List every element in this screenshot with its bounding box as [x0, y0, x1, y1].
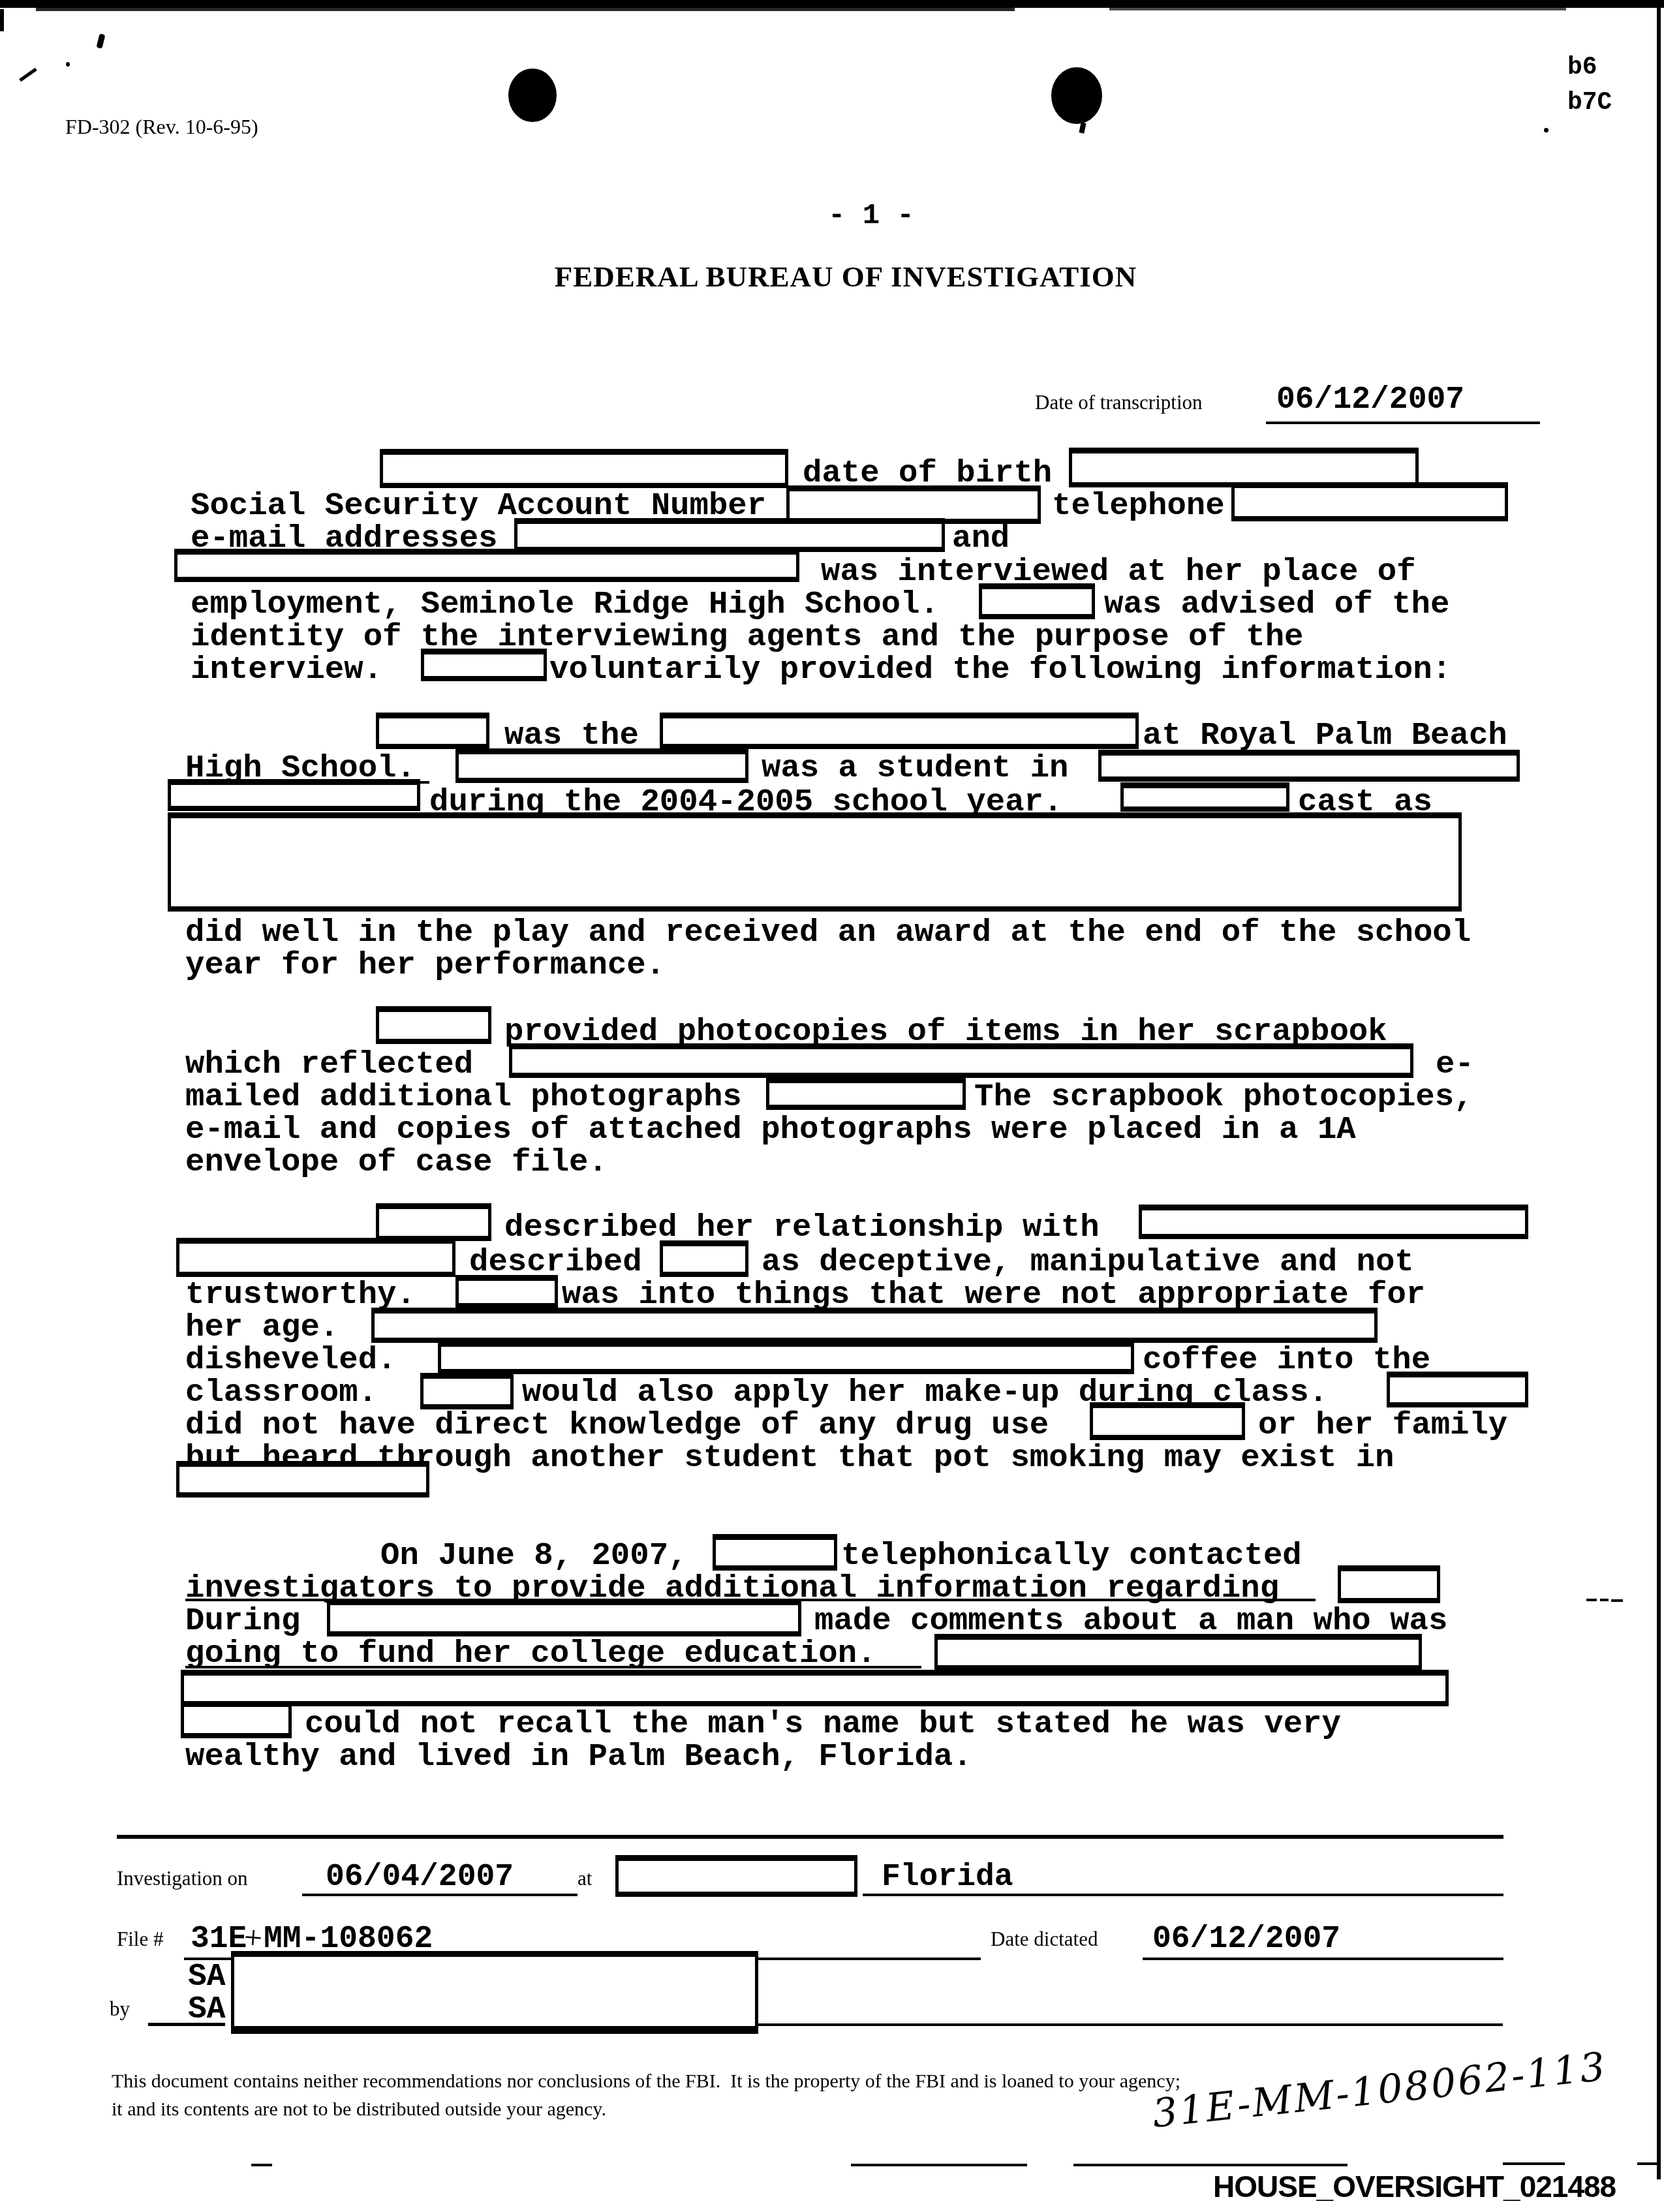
redaction-box	[176, 1238, 455, 1277]
bottom-dash	[1073, 2164, 1348, 2166]
disclaimer-line2: it and its contents are not to be distri…	[112, 2095, 606, 2123]
redaction-box	[168, 779, 420, 811]
date-dictated-value: 06/12/2007	[1152, 1923, 1340, 1956]
body-text: telephonically contacted	[841, 1539, 1302, 1572]
hole-punch-right	[1051, 67, 1102, 124]
margin-dashes	[1611, 1599, 1623, 1602]
stray-mark-apostrophe	[96, 33, 105, 49]
bottom-dash	[1637, 2162, 1658, 2165]
body-text: described her relationship with	[504, 1211, 1100, 1244]
redaction-box	[376, 1203, 491, 1241]
redaction-box	[455, 1275, 558, 1308]
hole-punch-left	[508, 69, 557, 122]
footer-rule	[117, 1835, 1503, 1839]
stray-mark-dot	[66, 62, 70, 67]
body-text: at Royal Palm Beach	[1143, 719, 1507, 752]
redaction-box	[979, 583, 1095, 619]
redaction-box	[168, 812, 1462, 912]
page-number: - 1 -	[828, 200, 914, 232]
body-text: year for her performance.	[185, 949, 665, 981]
body-text: employment, Seminole Ridge High School.	[191, 588, 939, 621]
by-underline-right	[758, 2023, 1503, 2026]
date-dictated-underline	[1143, 1958, 1503, 1960]
body-text: was the	[504, 719, 639, 752]
investigation-on-label: Investigation on	[117, 1867, 248, 1890]
body-text: wealthy and lived in Palm Beach, Florida…	[185, 1740, 972, 1773]
body-text: telephone	[1052, 489, 1225, 522]
redaction-box	[181, 1670, 1449, 1706]
redaction-box	[1069, 448, 1419, 487]
investigation-date: 06/04/2007	[326, 1861, 514, 1894]
handwritten-case-number: 31E-MM-108062-113	[1150, 2044, 1609, 2137]
body-text: made comments about a man who was	[814, 1605, 1447, 1637]
redaction-box	[376, 713, 489, 749]
body-text: or her family	[1258, 1409, 1507, 1441]
body-text: going to fund her college education.	[185, 1637, 876, 1670]
redaction-box	[421, 649, 547, 681]
redaction-box	[1139, 1205, 1528, 1239]
body-text: which reflected	[185, 1048, 473, 1081]
body-text: was into things that were not appropriat…	[562, 1278, 1425, 1311]
body-text: e-	[1436, 1048, 1474, 1081]
redaction-box	[766, 1077, 966, 1110]
redaction-box	[1090, 1402, 1245, 1440]
document-title: FEDERAL BUREAU OF INVESTIGATION	[555, 260, 1137, 294]
investigation-underline-left	[302, 1894, 578, 1896]
body-text: voluntarily provided the following infor…	[549, 653, 1451, 686]
body-text: was a student in	[762, 752, 1068, 784]
transcription-underline	[1266, 422, 1540, 424]
scan-top-edge-fringe2	[1109, 8, 1566, 10]
body-text: her age.	[185, 1311, 339, 1344]
body-text: date of birth	[803, 457, 1052, 489]
body-text: During	[185, 1605, 300, 1637]
body-text: as deceptive, manipulative and not	[762, 1246, 1414, 1278]
scan-artifact-line	[185, 1666, 921, 1668]
date-of-transcription-label: Date of transcription	[1035, 392, 1203, 414]
body-text: The scrapbook photocopies,	[974, 1081, 1473, 1113]
redaction-box	[509, 1043, 1413, 1078]
scan-top-edge	[0, 0, 1664, 8]
redaction-box	[514, 518, 945, 552]
redaction-box	[181, 1701, 292, 1738]
margin-dashes	[1586, 1599, 1597, 1601]
redaction-box	[1387, 1372, 1528, 1407]
scan-artifact-line	[185, 1599, 1316, 1601]
redaction-box	[174, 549, 799, 582]
file-label: File #	[117, 1928, 163, 1950]
body-text: Social Security Account Number	[191, 489, 766, 522]
redaction-box	[615, 1855, 857, 1897]
handling-code-b7c: b7C	[1567, 86, 1612, 120]
stray-mark-period	[1544, 128, 1548, 132]
body-text: could not recall the man's name but stat…	[305, 1708, 1341, 1740]
body-text: mailed additional photographs	[185, 1081, 742, 1113]
redaction-box	[1231, 482, 1508, 521]
redaction-box	[1098, 750, 1520, 782]
corner-mark	[0, 9, 4, 31]
body-text: classroom.	[185, 1376, 377, 1409]
agent-line1: SA	[188, 1961, 226, 1993]
redaction-box	[327, 1599, 801, 1636]
handling-code-b6: b6	[1567, 51, 1597, 85]
body-text: envelope of case file.	[185, 1146, 608, 1178]
scan-top-edge-fringe	[36, 8, 1015, 11]
bottom-dash	[851, 2164, 1027, 2166]
redaction-box	[380, 449, 788, 488]
body-text: On June 8, 2007,	[380, 1539, 687, 1572]
redaction-box	[176, 1461, 429, 1498]
agent-line2: SA	[188, 1993, 226, 2026]
bottom-dash	[251, 2164, 272, 2166]
redaction-box	[660, 713, 1139, 749]
redaction-box	[438, 1341, 1134, 1374]
scan-artifact-line	[185, 781, 429, 784]
body-text: identity of the interviewing agents and …	[191, 621, 1303, 653]
redaction-box	[713, 1534, 837, 1571]
date-dictated-label: Date dictated	[991, 1928, 1098, 1950]
investigation-location: Florida	[882, 1861, 1013, 1894]
bottom-dash	[1503, 2162, 1565, 2165]
at-label: at	[578, 1867, 592, 1890]
document-page: FD-302 (Rev. 10-6-95) b6 b7C - 1 - FEDER…	[0, 0, 1664, 2212]
redaction-box	[1120, 782, 1289, 812]
body-text: did not have direct knowledge of any dru…	[185, 1409, 1049, 1441]
redaction-box-agents	[231, 1951, 758, 2034]
redaction-box	[934, 1634, 1422, 1670]
body-text: was advised of the	[1104, 588, 1449, 621]
redaction-box	[1338, 1565, 1440, 1603]
redaction-box	[455, 748, 748, 783]
redaction-box	[371, 1308, 1378, 1343]
body-text: disheveled.	[185, 1344, 396, 1376]
redaction-box	[660, 1240, 748, 1277]
redaction-box	[376, 1006, 491, 1044]
hole-punch-tail	[1079, 122, 1086, 133]
body-text: interview.	[191, 653, 382, 686]
body-text: was interviewed at her place of	[821, 555, 1416, 588]
bates-stamp: HOUSE_OVERSIGHT_021488	[1213, 2169, 1616, 2204]
form-code: FD-302 (Rev. 10-6-95)	[65, 115, 258, 139]
body-text: trustworthy.	[185, 1278, 416, 1311]
scan-right-edge	[1657, 5, 1661, 2179]
margin-dashes	[1600, 1599, 1609, 1601]
by-label: by	[110, 1998, 130, 2020]
body-text: and	[952, 522, 1009, 555]
date-of-transcription-value: 06/12/2007	[1276, 384, 1464, 416]
body-text: described	[469, 1246, 642, 1278]
body-text: e-mail and copies of attached photograph…	[185, 1113, 1356, 1146]
redaction-box	[420, 1373, 514, 1409]
investigation-underline-right	[863, 1894, 1503, 1896]
by-underline-left	[148, 2023, 225, 2026]
stray-mark-slash	[19, 68, 37, 82]
disclaimer-line1: This document contains neither recommend…	[112, 2067, 1180, 2095]
body-text: did well in the play and received an awa…	[185, 916, 1471, 949]
